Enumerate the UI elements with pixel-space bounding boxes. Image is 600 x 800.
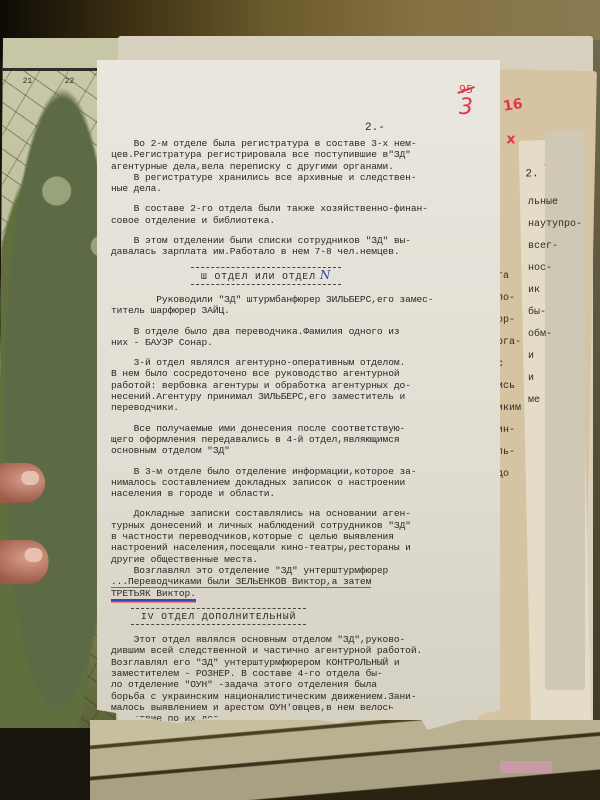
- side-text-fragment: льные: [528, 196, 558, 209]
- typed-line: агентурные дела,вела переписку с другими…: [111, 161, 491, 172]
- typed-line: ные дела.: [111, 183, 491, 194]
- typed-line: Возглавлял это отделение "ЗД" унтерштурм…: [111, 565, 491, 576]
- side-text-fragment: и: [528, 350, 534, 363]
- typed-line: настроений населения,посещали кино-театр…: [111, 542, 491, 553]
- side-text-fragment: ик: [528, 284, 540, 297]
- side-text-fragment: наутупро-: [528, 218, 582, 231]
- finger: [0, 463, 45, 503]
- typed-line: давалась зарплата им.Работало в нем 7-8 …: [111, 246, 491, 257]
- typed-line: Докладные записки составлялись на основа…: [111, 508, 491, 519]
- typed-line: ...Переводчиками были ЗЕЛЬЕНКОВ Виктор,а…: [111, 576, 491, 587]
- typed-line: заместителем - РОЗНЕР. В составе 4-го от…: [111, 668, 491, 679]
- typed-line: В составе 2-го отдела были также хозяйст…: [111, 203, 491, 214]
- typed-line: 3-й отдел являлся агентурно-оперативным …: [111, 357, 491, 368]
- side-text-fragment: рга-: [497, 336, 521, 349]
- typed-line: Все получаемые ими донесения после соотв…: [111, 423, 491, 434]
- side-text-fragment: бы-: [528, 306, 546, 319]
- section-heading-text: IV ОТДЕЛ ДОПОЛНИТЕЛЬНЫЙ: [141, 611, 296, 622]
- side-text-fragment: обм-: [528, 328, 552, 341]
- side-page-d: [545, 130, 585, 690]
- section-heading-text: Ш ОТДЕЛ ИЛИ ОТДЕЛ: [201, 271, 316, 282]
- handwritten-annotation: N: [320, 268, 332, 282]
- side-text-fragment: и: [528, 372, 534, 385]
- typed-line: несений.Агентуру принимал ЗИЛЬБЕРС,его з…: [111, 391, 491, 402]
- typed-line: ло отделение "ОУН" -задача этого отделен…: [111, 679, 491, 690]
- typed-line: в частности переводчиков,которые с целью…: [111, 531, 491, 542]
- typed-document-page: 95 3 2.- Во 2-м отделе была регистратура…: [97, 60, 500, 730]
- typed-line: В 3-м отделе было отделение информации,к…: [111, 466, 491, 477]
- document-body: Во 2-м отделе была регистратура в состав…: [111, 138, 491, 724]
- map-grid-label: 21: [23, 77, 33, 86]
- typed-line: населения в городе и области.: [111, 488, 491, 499]
- typed-line: Возглавлял его "ЗД" унтерштурмфюрером КО…: [111, 657, 491, 668]
- underlined-name: ТРЕТЬЯК Виктор.: [111, 588, 196, 599]
- folio-current: 3: [459, 95, 473, 120]
- folio-struck: 95: [459, 83, 473, 96]
- typed-line: ТРЕТЬЯК Виктор.: [111, 588, 491, 599]
- side-page-number: 2.: [525, 168, 538, 181]
- typed-line: малось выявлением и арестом ОУН'овцев,в …: [111, 702, 491, 713]
- typed-line: дившим всей следственной и частично аген…: [111, 645, 491, 656]
- side-text-fragment: иким: [497, 402, 521, 415]
- typed-line: Этот отдел являлся основным отделом "ЗД"…: [111, 634, 491, 645]
- typed-line: Руководили "ЗД" штурмбанфюрер ЗИЛЬБЕРС,е…: [111, 294, 491, 305]
- typed-line: В регистратуре хранились все архивные и …: [111, 172, 491, 183]
- typed-line: В нем было сосредоточено все руководство…: [111, 368, 491, 379]
- typed-line: щего оформления передавались в 4-й отдел…: [111, 434, 491, 445]
- map-grid-label: 22: [65, 77, 75, 86]
- typed-line: турных донесений и личных наблюдений сот…: [111, 520, 491, 531]
- typed-line: борьба с украинским националистическим д…: [111, 691, 491, 702]
- typed-line: нималось составлением докладных записок …: [111, 477, 491, 488]
- section-heading-4: IV ОТДЕЛ ДОПОЛНИТЕЛЬНЫЙ: [111, 608, 491, 625]
- folio-mark: 16: [502, 96, 524, 115]
- underlined-name: ...Переводчиками были ЗЕЛЬЕНКОВ Виктор,а…: [111, 576, 371, 588]
- pink-tab: [500, 761, 552, 773]
- typed-line: совое отделение и библиотека.: [111, 215, 491, 226]
- typed-line: основным отделом "ЗД": [111, 445, 491, 456]
- side-text-fragment: нос-: [528, 262, 552, 275]
- typed-line: Во 2-м отделе была регистратура в состав…: [111, 138, 491, 149]
- typed-line: другие общественные места.: [111, 554, 491, 565]
- section-heading-3: Ш ОТДЕЛ ИЛИ ОТДЕЛN: [111, 267, 491, 285]
- typed-line: цев.Регистратура регистрировала все пост…: [111, 149, 491, 160]
- finger: [0, 540, 49, 584]
- typed-line: В отделе было два переводчика.Фамилия од…: [111, 326, 491, 337]
- folio-mark: x: [506, 131, 515, 147]
- page-number: 2.-: [365, 122, 385, 134]
- typed-line: работой: вербовка агентуры и обработка а…: [111, 380, 491, 391]
- typed-line: титель шарфюрер ЗАЙЦ.: [111, 305, 491, 316]
- side-text-fragment: ме: [528, 394, 540, 407]
- folio-number: 95 3: [459, 78, 473, 120]
- side-text-fragment: всег-: [528, 240, 558, 253]
- typed-line: них - БАУЭР Сонар.: [111, 337, 491, 348]
- torn-page-edges: [90, 720, 600, 800]
- typed-line: В этом отделении были списки сотрудников…: [111, 235, 491, 246]
- typed-line: переводчики.: [111, 402, 491, 413]
